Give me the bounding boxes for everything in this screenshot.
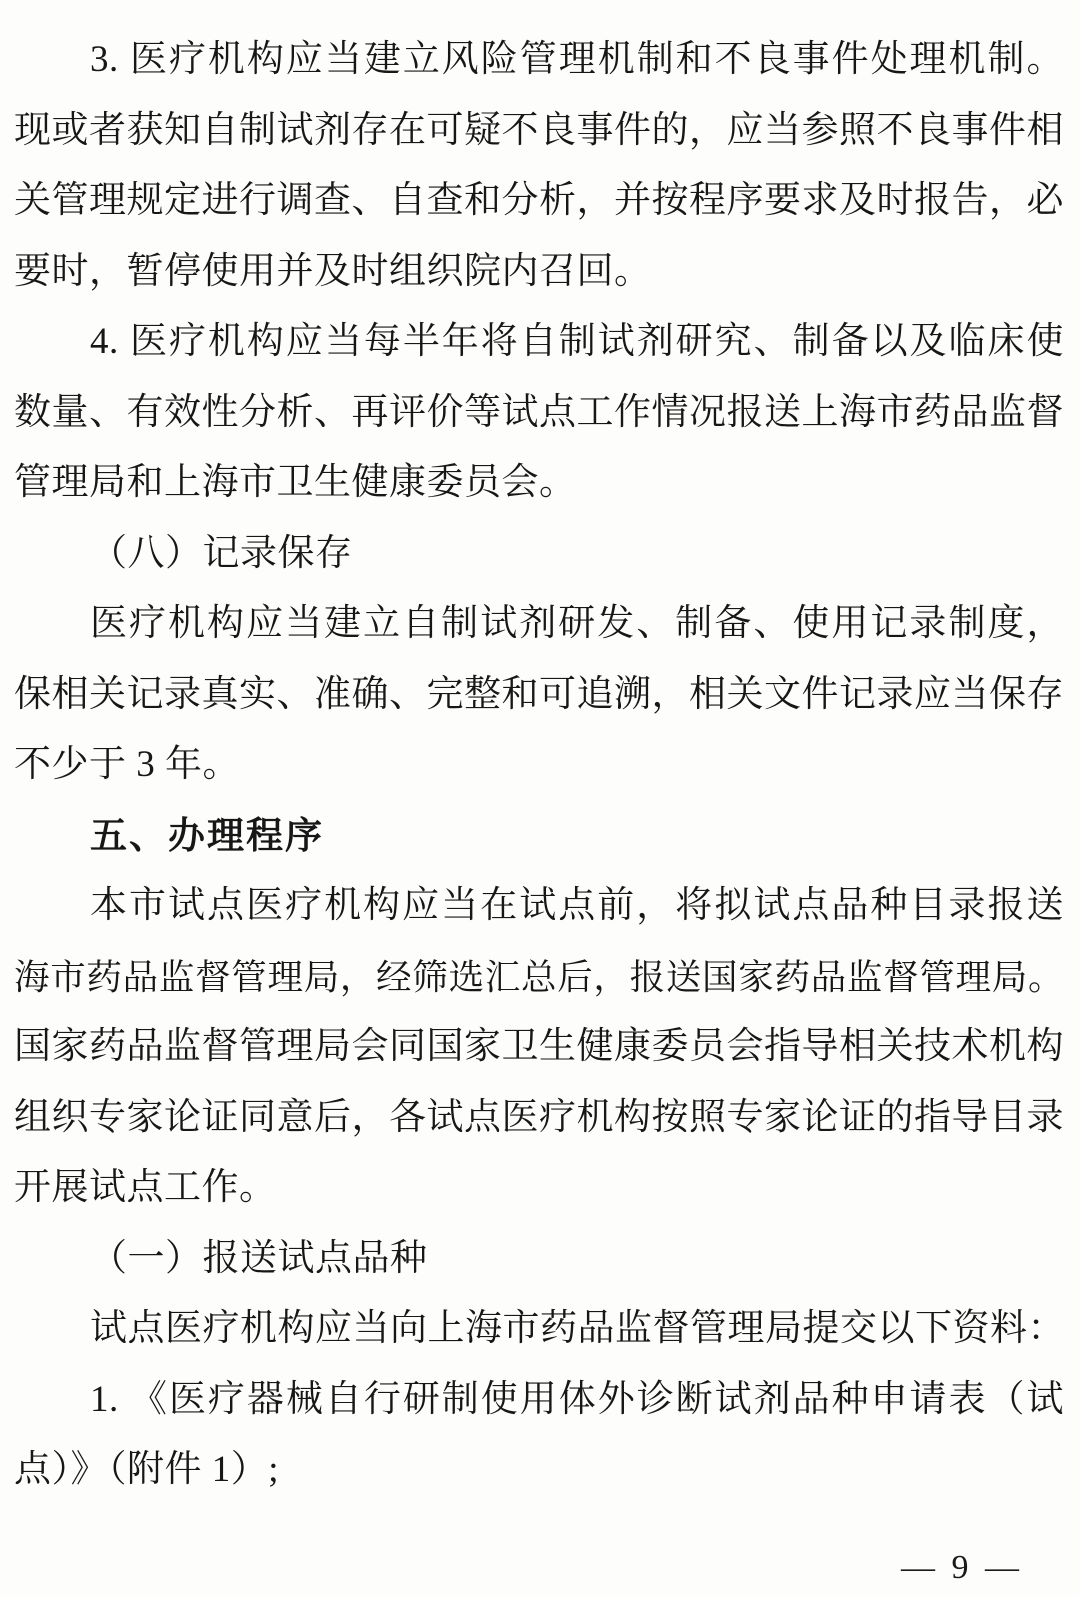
procedure-paragraph-line-1: 本市试点医疗机构应当在试点前，将拟试点品种目录报送上 (14, 871, 1064, 942)
document-text: 3. 医疗机构应当建立风险管理机制和不良事件处理机制。发 现或者获知自制试剂存在… (14, 25, 1064, 1506)
paragraph-3-line-1: 3. 医疗机构应当建立风险管理机制和不良事件处理机制。发 (14, 25, 1064, 96)
paragraph-4-line-3: 管理局和上海市卫生健康委员会。 (14, 448, 1064, 519)
records-paragraph-line-3: 不少于 3 年。 (14, 730, 1064, 801)
paragraph-3-line-4: 要时，暂停使用并及时组织院内召回。 (14, 237, 1064, 308)
records-paragraph-line-2: 保相关记录真实、准确、完整和可追溯，相关文件记录应当保存 (14, 660, 1064, 731)
paragraph-4-line-1: 4. 医疗机构应当每半年将自制试剂研究、制备以及临床使用 (14, 307, 1064, 378)
materials-intro-line: 试点医疗机构应当向上海市药品监督管理局提交以下资料： (14, 1294, 1064, 1365)
item-1-line-1: 1. 《医疗器械自行研制使用体外诊断试剂品种申请表（试 (14, 1365, 1064, 1436)
paragraph-3-line-3: 关管理规定进行调查、自查和分析，并按程序要求及时报告，必 (14, 166, 1064, 237)
subsection-heading-8: （八）记录保存 (14, 519, 1064, 590)
procedure-paragraph-line-2: 海市药品监督管理局，经筛选汇总后，报送国家药品监督管理局。 (14, 942, 1064, 1013)
section-heading-5: 五、办理程序 (14, 801, 1064, 872)
procedure-paragraph-line-4: 组织专家论证同意后，各试点医疗机构按照专家论证的指导目录 (14, 1083, 1064, 1154)
paragraph-3-line-2: 现或者获知自制试剂存在可疑不良事件的，应当参照不良事件相 (14, 96, 1064, 167)
procedure-paragraph-line-5: 开展试点工作。 (14, 1153, 1064, 1224)
page-number: — 9 — (901, 1547, 1023, 1589)
subsection-heading-1: （一）报送试点品种 (14, 1224, 1064, 1295)
procedure-paragraph-line-3: 国家药品监督管理局会同国家卫生健康委员会指导相关技术机构 (14, 1012, 1064, 1083)
item-1-line-2: 点）》（附件 1）; (14, 1435, 1064, 1506)
records-paragraph-line-1: 医疗机构应当建立自制试剂研发、制备、使用记录制度，确 (14, 589, 1064, 660)
paragraph-4-line-2: 数量、有效性分析、再评价等试点工作情况报送上海市药品监督 (14, 378, 1064, 449)
